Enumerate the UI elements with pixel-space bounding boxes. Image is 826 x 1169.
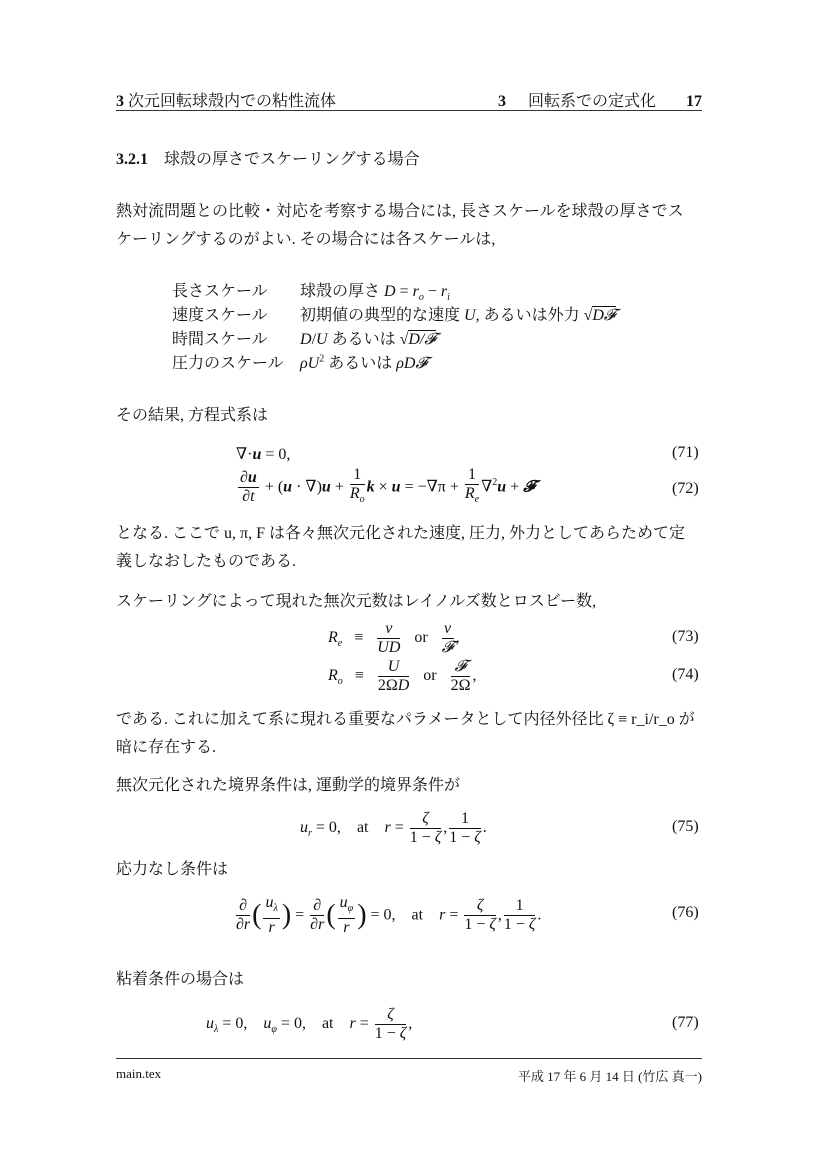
paragraph-radius-ratio: である. これに加えて系に現れる重要なパラメータとして内径外径比 ζ ≡ r_i… <box>116 706 706 762</box>
header-section: 3回転系での定式化17 <box>498 88 702 111</box>
paragraph-boundary: 無次元化された境界条件は, 運動学的境界条件が <box>116 772 706 800</box>
scale-time: 時間スケールD/U あるいは √D/𝓕 <box>172 326 436 349</box>
subsection-heading: 3.2.1球殻の厚さでスケーリングする場合 <box>116 146 420 169</box>
equation-number-76: (76) <box>672 904 699 922</box>
paragraph-no-slip: 粘着条件の場合は <box>116 966 706 994</box>
footer-date: 平成 17 年 6 月 14 日 (竹広 真一) <box>518 1066 702 1085</box>
scale-pressure: 圧力のスケールρU2 あるいは ρD𝓕 <box>172 350 427 373</box>
equation-71: ∇·u = 0, <box>236 444 290 464</box>
paragraph-result: その結果, 方程式系は <box>116 402 706 430</box>
equation-73: Re ≡ νUD or ν𝓕, <box>328 620 460 657</box>
equation-number-72: (72) <box>672 480 699 498</box>
scale-velocity: 速度スケール初期値の典型的な速度 U, あるいは外力 √D𝓕 <box>172 302 616 325</box>
equation-number-74: (74) <box>672 666 699 684</box>
equation-72: ∂u∂t + (u · ∇)u + 1Rok × u = −∇π + 1Re∇2… <box>236 466 535 509</box>
equation-76: ∂∂r(uλr) = ∂∂r(uφr) = 0, at r = ζ1 − ζ,1… <box>234 894 541 937</box>
page-number: 17 <box>686 93 702 110</box>
equation-75: ur = 0, at r = ζ1 − ζ,11 − ζ. <box>300 810 487 847</box>
running-header: 3 次元回転球殻内での粘性流体 3回転系での定式化17 <box>116 88 702 111</box>
paragraph-dimensionless: スケーリングによって現れた無次元数はレイノルズ数とロスビー数, <box>116 588 706 616</box>
paragraph-intro: 熱対流問題との比較・対応を考察する場合には, 長さスケールを球殻の厚さでスケーリ… <box>116 198 706 254</box>
footer-rule <box>116 1058 702 1059</box>
scale-length: 長さスケール球殻の厚さ D = ro − ri <box>172 278 450 303</box>
paragraph-stress-free: 応力なし条件は <box>116 856 706 884</box>
footer-filename: main.tex <box>116 1066 161 1082</box>
equation-number-73: (73) <box>672 628 699 646</box>
equation-number-71: (71) <box>672 444 699 462</box>
header-title: 3 次元回転球殻内での粘性流体 <box>116 88 336 111</box>
equation-74: Ro ≡ U2ΩD or 𝓕2Ω, <box>328 658 476 695</box>
paragraph-definitions: となる. ここで u, π, F は各々無次元化された速度, 圧力, 外力として… <box>116 520 706 576</box>
equation-77: uλ = 0, uφ = 0, at r = ζ1 − ζ, <box>206 1006 412 1043</box>
equation-number-77: (77) <box>672 1014 699 1032</box>
equation-number-75: (75) <box>672 818 699 836</box>
